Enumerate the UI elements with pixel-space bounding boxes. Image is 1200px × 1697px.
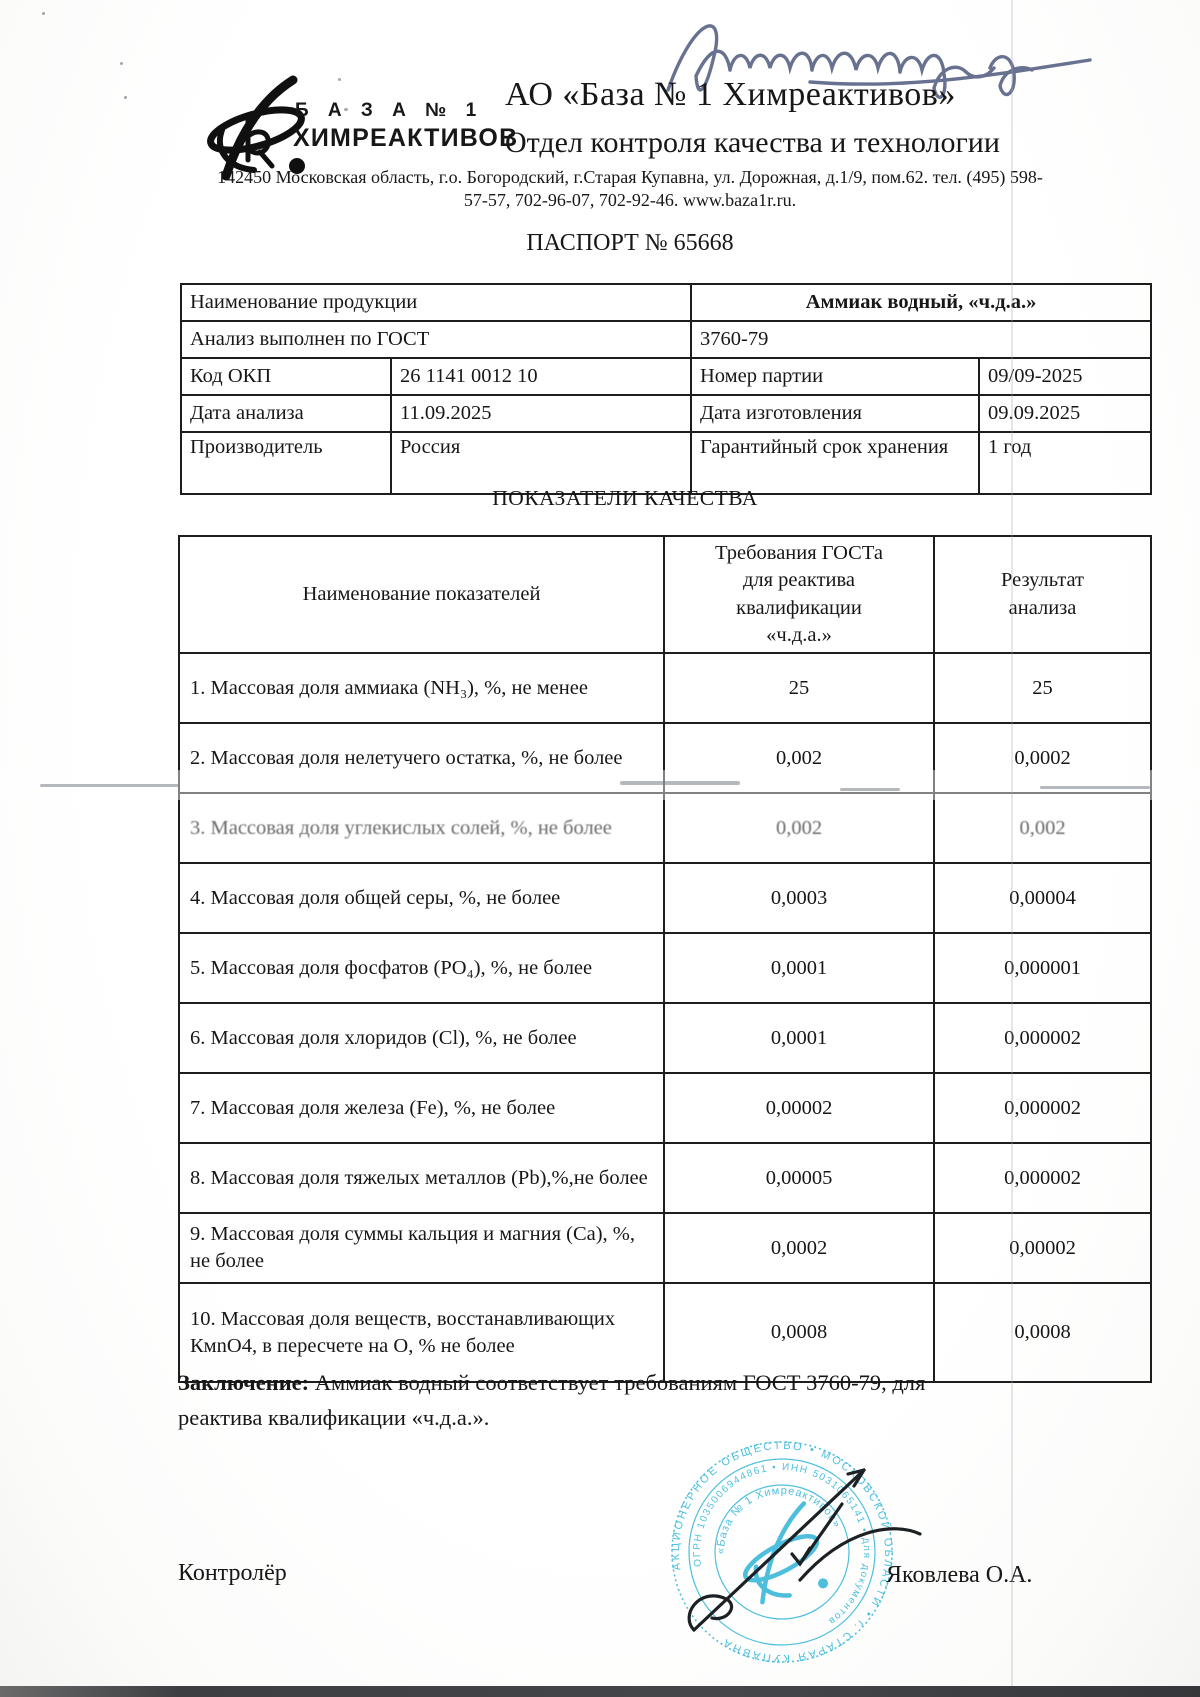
result-value: 0,000002 — [934, 1143, 1151, 1213]
scan-speck — [338, 78, 341, 81]
col-header-name: Наименование показателей — [179, 536, 664, 653]
gost-value: 0,0003 — [664, 863, 934, 933]
info-label: Производитель — [181, 432, 391, 494]
gost-value: 0,002 — [664, 793, 934, 863]
table-row: Производитель Россия Гарантийный срок хр… — [181, 432, 1151, 494]
table-row: 1. Массовая доля аммиака (NH₃), %, не ме… — [179, 653, 1151, 723]
quality-indicators-table: Наименование показателей Требования ГОСТ… — [178, 535, 1152, 1383]
page-fold-line — [1011, 0, 1013, 1697]
scan-bottom-edge — [0, 1686, 1200, 1697]
table-row: 7. Массовая доля железа (Fe), %, не боле… — [179, 1073, 1151, 1143]
result-value: 0,000002 — [934, 1073, 1151, 1143]
gost-value: 0,0001 — [664, 1003, 934, 1073]
result-value: 25 — [934, 653, 1151, 723]
table-row: Наименование продукции Аммиак водный, «ч… — [181, 284, 1151, 321]
scan-speck — [120, 62, 123, 65]
result-value: 0,000001 — [934, 933, 1151, 1003]
organization-name: АО «База № 1 Химреактивов» — [505, 76, 956, 114]
indicator-name: 8. Массовая доля тяжелых металлов (Pb),%… — [179, 1143, 664, 1213]
indicator-name: 6. Массовая доля хлоридов (Cl), %, не бо… — [179, 1003, 664, 1073]
result-value: 0,00002 — [934, 1213, 1151, 1283]
logo-text-line2: ХИМРЕАКТИВОВ — [293, 124, 518, 153]
table-row: 9. Массовая доля суммы кальция и магния … — [179, 1213, 1151, 1283]
info-label: Наименование продукции — [181, 284, 691, 321]
manufacture-date-value: 09.09.2025 — [979, 395, 1151, 432]
col-header-gost: Требования ГОСТа для реактива квалификац… — [664, 536, 934, 653]
scan-speck — [124, 96, 127, 99]
address-block: 142450 Московская область, г.о. Богородс… — [110, 166, 1150, 211]
indicator-name: 1. Массовая доля аммиака (NH₃), %, не ме… — [179, 653, 664, 723]
scan-streak — [620, 781, 740, 785]
table-row: Код ОКП 26 1141 0012 10 Номер партии 09/… — [181, 358, 1151, 395]
table-row: 8. Массовая доля тяжелых металлов (Pb),%… — [179, 1143, 1151, 1213]
scan-streak — [40, 784, 180, 787]
indicator-name: 4. Массовая доля общей серы, %, не более — [179, 863, 664, 933]
result-value: 0,000002 — [934, 1003, 1151, 1073]
department-name: Отдел контроля качества и технологии — [505, 126, 1000, 160]
table-row: 3. Массовая доля углекислых солей, %, не… — [179, 793, 1151, 863]
quality-section-title: ПОКАЗАТЕЛИ КАЧЕСТВА — [145, 486, 1105, 511]
address-line2: 57-57, 702-96-07, 702-92-46. www.baza1r.… — [464, 190, 796, 210]
stamp-ring-outer-text: АКЦИОНЕРНОЕ ОБЩЕСТВО • МОСКОВСКОЙ ОБЛАСТ… — [652, 1422, 913, 1682]
table-row: 4. Массовая доля общей серы, %, не более… — [179, 863, 1151, 933]
table-row: Анализ выполнен по ГОСТ 3760-79 — [181, 321, 1151, 358]
info-label: Гарантийный срок хранения — [691, 432, 979, 494]
passport-title: ПАСПОРТ № 65668 — [150, 230, 1110, 257]
controller-label: Контролёр — [178, 1560, 287, 1587]
scan-artifact-band — [0, 770, 1200, 800]
gost-value: 25 — [664, 653, 934, 723]
info-label: Дата анализа — [181, 395, 391, 432]
scan-streak — [840, 788, 900, 791]
result-value: 0,00004 — [934, 863, 1151, 933]
table-row: 5. Массовая доля фосфатов (PO₄), %, не б… — [179, 933, 1151, 1003]
address-line1: 142450 Московская область, г.о. Богородс… — [217, 167, 1043, 187]
company-round-stamp: АКЦИОНЕРНОЕ ОБЩЕСТВО • МОСКОВСКОЙ ОБЛАСТ… — [632, 1412, 932, 1692]
okp-code-value: 26 1141 0012 10 — [391, 358, 691, 395]
gost-value: 0,00005 — [664, 1143, 934, 1213]
info-label: Анализ выполнен по ГОСТ — [181, 321, 691, 358]
info-label: Дата изготовления — [691, 395, 979, 432]
gost-value: 0,0002 — [664, 1213, 934, 1283]
result-value: 0,002 — [934, 793, 1151, 863]
logo-text-line1: Б А З А № 1 — [295, 100, 483, 122]
table-header-row: Наименование показателей Требования ГОСТ… — [179, 536, 1151, 653]
gost-number-value: 3760-79 — [691, 321, 1151, 358]
gost-value: 0,0001 — [664, 933, 934, 1003]
analysis-date-value: 11.09.2025 — [391, 395, 691, 432]
table-row: 6. Массовая доля хлоридов (Cl), %, не бо… — [179, 1003, 1151, 1073]
indicator-name: 9. Массовая доля суммы кальция и магния … — [179, 1213, 664, 1283]
indicator-name: 7. Массовая доля железа (Fe), %, не боле… — [179, 1073, 664, 1143]
batch-number-value: 09/09-2025 — [979, 358, 1151, 395]
scan-speck — [42, 12, 45, 15]
product-info-table: Наименование продукции Аммиак водный, «ч… — [180, 283, 1152, 495]
indicator-name: 3. Массовая доля углекислых солей, %, не… — [179, 793, 664, 863]
scan-streak — [1040, 786, 1150, 789]
info-label: Номер партии — [691, 358, 979, 395]
conclusion-label: Заключение: — [178, 1370, 309, 1395]
product-name-value: Аммиак водный, «ч.д.а.» — [691, 284, 1151, 321]
indicator-name: 5. Массовая доля фосфатов (PO₄), %, не б… — [179, 933, 664, 1003]
scanned-passport-document: Б А З А № 1 ХИМРЕАКТИВОВ АО «База № 1 Хи… — [0, 0, 1200, 1697]
col-header-result: Результат анализа — [934, 536, 1151, 653]
gost-value: 0,00002 — [664, 1073, 934, 1143]
info-label: Код ОКП — [181, 358, 391, 395]
svg-text:АКЦИОНЕРНОЕ ОБЩЕСТВО • МОСКО: АКЦИОНЕРНОЕ ОБЩЕСТВО • МОСКОВСКОЙ ОБЛАСТ… — [652, 1422, 913, 1682]
manufacturer-value: Россия — [391, 432, 691, 494]
table-row: Дата анализа 11.09.2025 Дата изготовлени… — [181, 395, 1151, 432]
shelf-life-value: 1 год — [979, 432, 1151, 494]
